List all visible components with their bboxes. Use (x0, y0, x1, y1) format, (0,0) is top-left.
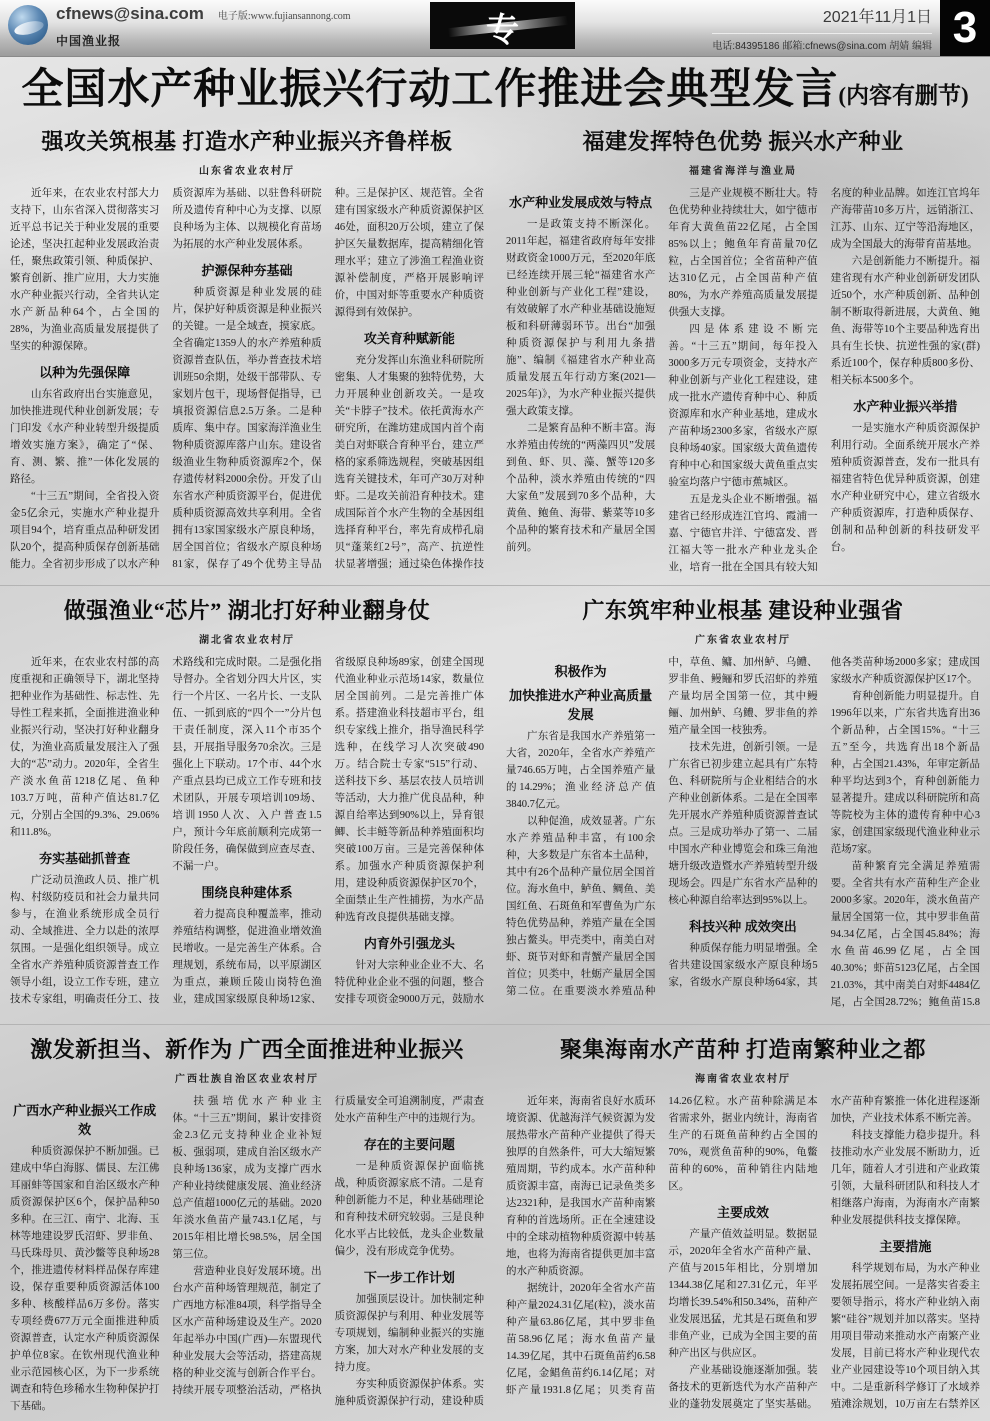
body-paragraph: 六是创新能力不断提升。福建省现有水产种业创新研发团队近50个，水产种质创新、品种… (831, 253, 980, 389)
article-shandong: 强攻关筑根基 打造水产种业振兴齐鲁样板 山东省农业农村厅 近年来，在农业农村部大… (10, 123, 484, 577)
masthead-header-bar: cfnews@sina.com 电子版:www.fujiansannong.co… (0, 0, 990, 57)
column-subhead: 攻关育种赋新能 (335, 328, 484, 347)
body-paragraph: 加强顶层设计。加快制定种质资源保护与利用、种业发展等专项规划，编制种业振兴的实施… (335, 1291, 484, 1376)
globe-fish-logo-icon (8, 5, 48, 45)
header-right: 2021年11月1日 (823, 4, 932, 27)
column-subhead: 以种为先强保障 (10, 362, 159, 381)
article-guangxi: 激发新担当、新作为 广西全面推进种业振兴 广西壮族自治区农业农村厅 广西水产种业… (10, 1031, 484, 1415)
article-byline: 湖北省农业农村厅 (10, 631, 484, 646)
body-paragraph: 三是产业规模不断壮大。特色优势种业持续壮大，如宁德市年育大黄鱼苗22亿尾，占全国… (668, 185, 817, 321)
issue-date: 2021年11月1日 (823, 9, 932, 26)
article-byline: 福建省海洋与渔业局 (506, 162, 980, 177)
column-subhead: 积极作为 (506, 661, 655, 680)
paper-name: 中国渔业报 (56, 32, 121, 49)
body-paragraph: 种质资源保护不断加强。已建成中华白海豚、儒艮、左江佛耳丽蚌等国家和自治区级水产种… (10, 1143, 159, 1415)
body-paragraph: 一是政策支持不断深化。2011年起，福建省政府每年安排财政资金1000万元，至2… (506, 216, 655, 420)
column-subhead: 水产种业发展成效与特点 (506, 192, 655, 211)
header-left: cfnews@sina.com 电子版:www.fujiansannong.co… (56, 4, 351, 24)
article-headline: 福建发挥特色优势 振兴水产种业 (506, 125, 980, 156)
body-paragraph: 产量产值效益明显。数据显示，2020年全省水产苗种产量、产值与2015年相比，分… (668, 1226, 817, 1362)
article-headline: 做强渔业“芯片” 湖北打好种业翻身仗 (10, 594, 484, 625)
column-subhead: 护源保种夯基础 (172, 260, 321, 279)
article-headline: 强攻关筑根基 打造水产种业振兴齐鲁样板 (10, 125, 484, 156)
column-subhead: 主要措施 (831, 1236, 980, 1255)
e-edition-url: 电子版:www.fujiansannong.com (218, 7, 351, 22)
column-subhead: 存在的主要问题 (335, 1134, 484, 1153)
body-paragraph: 近年来，在农业农村部的高度重视和正确领导下，湖北坚持把种业作为基础性、标志性、先… (10, 654, 159, 841)
article-guangdong: 广东筑牢种业根基 建设种业强省 广东省农业农村厅 积极作为加快推进水产种业高质量… (506, 592, 980, 1016)
article-byline: 广东省农业农村厅 (506, 631, 980, 646)
body-paragraph: 育种创新能力明显提升。自1996年以来，广东省共选育出36个新品种，占全国15%… (831, 688, 980, 858)
column-subhead: 夯实基础抓普查 (10, 848, 159, 867)
article-hainan: 聚集海南水产苗种 打造南繁种业之都 海南省农业农村厅 近年来，海南省良好水质环境… (506, 1031, 980, 1415)
body-paragraph: 扶强培优水产种业主体。“十三五”期间，累计安排资金2.3亿元支持种业企业补短板、… (172, 1093, 321, 1263)
page-number-badge: 3 (940, 0, 990, 56)
page-main-title: 全国水产种业振兴行动工作推进会典型发言(内容有删节) (4, 65, 986, 115)
article-byline: 山东省农业农村厅 (10, 162, 484, 177)
article-body: 近年来，在农业农村部的高度重视和正确领导下，湖北坚持把种业作为基础性、标志性、先… (10, 654, 484, 1016)
article-headline: 广东筑牢种业根基 建设种业强省 (506, 594, 980, 625)
body-paragraph: 技术先进，创新引领。一是广东省已初步建立起具有广东特色、科研院所与企业相结合的水… (668, 739, 817, 909)
article-byline: 海南省农业农村厅 (506, 1070, 980, 1085)
body-paragraph: 广东省是我国水产养殖第一大省，2020年，全省水产养殖产量746.65万吨，占全… (506, 728, 655, 813)
masthead: 全国水产种业振兴行动工作推进会典型发言(内容有删节) (0, 57, 990, 117)
newspaper-page: cfnews@sina.com 电子版:www.fujiansannong.co… (0, 0, 990, 1421)
body-paragraph: 四是体系建设不断完善。“十三五”期间，每年投入3000多万元专项资金，支持水产种… (668, 321, 817, 491)
article-byline: 广西壮族自治区农业农村厅 (10, 1070, 484, 1085)
body-paragraph: 科技支撑能力稳步提升。科技推动水产业发展不断助力，近几年，随着人才引进和产业政策… (831, 1127, 980, 1229)
article-headline: 聚集海南水产苗种 打造南繁种业之都 (506, 1033, 980, 1064)
special-topic-banner: 专题 (430, 2, 575, 49)
column-subhead: 主要成效 (668, 1202, 817, 1221)
main-title-note: (内容有删节) (838, 83, 968, 108)
article-headline: 激发新担当、新作为 广西全面推进种业振兴 (10, 1033, 484, 1064)
body-paragraph: 山东省政府出台实施意见，加快推进现代种业创新发展；专门印发《水产种业转型升级提质… (10, 386, 159, 488)
body-paragraph: 二是繁育品种不断丰富。海水养殖由传统的“两藻四贝”发展到鱼、虾、贝、藻、蟹等12… (506, 420, 655, 556)
column-subhead: 加快推进水产种业高质量发展 (506, 685, 655, 723)
body-paragraph: 一是种质资源保护面临挑战，种质资源家底不清。二是育种创新能力不足，种业基础理论和… (335, 1158, 484, 1260)
article-body: 水产种业发展成效与特点一是政策支持不断深化。2011年起，福建省政府每年安排财政… (506, 185, 980, 577)
body-paragraph: 近年来，在农业农村部大力支持下，山东省深入贯彻落实习近平总书记关于种业发展的重要… (10, 185, 159, 355)
column-subhead: 内育外引强龙头 (335, 933, 484, 952)
article-body: 广西水产种业振兴工作成效种质资源保护不断加强。已建成中华白海豚、儒艮、左江佛耳丽… (10, 1093, 484, 1415)
body-paragraph: 近年来，海南省良好水质环境资源、优越海洋气候资源为发展热带水产苗种产业提供了得天… (506, 1093, 655, 1280)
column-subhead: 下一步工作计划 (335, 1267, 484, 1286)
main-title-text: 全国水产种业振兴行动工作推进会典型发言 (21, 67, 838, 113)
column-subhead: 围绕良种建体系 (172, 882, 321, 901)
article-body: 近年来，在农业农村部大力支持下，山东省深入贯彻落实习近平总书记关于种业发展的重要… (10, 185, 484, 577)
article-body: 积极作为加快推进水产种业高质量发展广东省是我国水产养殖第一大省，2020年，全省… (506, 654, 980, 1016)
bottom-section: 激发新担当、新作为 广西全面推进种业振兴 广西壮族自治区农业农村厅 广西水产种业… (0, 1024, 990, 1419)
column-subhead: 广西水产种业振兴工作成效 (10, 1100, 159, 1138)
column-subhead: 科技兴种 成效突出 (668, 916, 817, 935)
contact-line: 电话:84395186 邮箱:cfnews@sina.com 胡婧 编辑 (712, 33, 932, 52)
contact-email: cfnews@sina.com (56, 4, 204, 23)
body-paragraph: 一是实施水产种质资源保护利用行动。全面系统开展水产养殖种质资源普查，发布一批具有… (831, 420, 980, 556)
column-subhead: 水产种业振兴举措 (831, 396, 980, 415)
top-section: 强攻关筑根基 打造水产种业振兴齐鲁样板 山东省农业农村厅 近年来，在农业农村部大… (0, 117, 990, 581)
article-fujian: 福建发挥特色优势 振兴水产种业 福建省海洋与渔业局 水产种业发展成效与特点一是政… (506, 123, 980, 577)
article-hubei: 做强渔业“芯片” 湖北打好种业翻身仗 湖北省农业农村厅 近年来，在农业农村部的高… (10, 592, 484, 1016)
article-body: 近年来，海南省良好水质环境资源、优越海洋气候资源为发展热带水产苗种产业提供了得天… (506, 1093, 980, 1415)
middle-section: 做强渔业“芯片” 湖北打好种业翻身仗 湖北省农业农村厅 近年来，在农业农村部的高… (0, 585, 990, 1020)
